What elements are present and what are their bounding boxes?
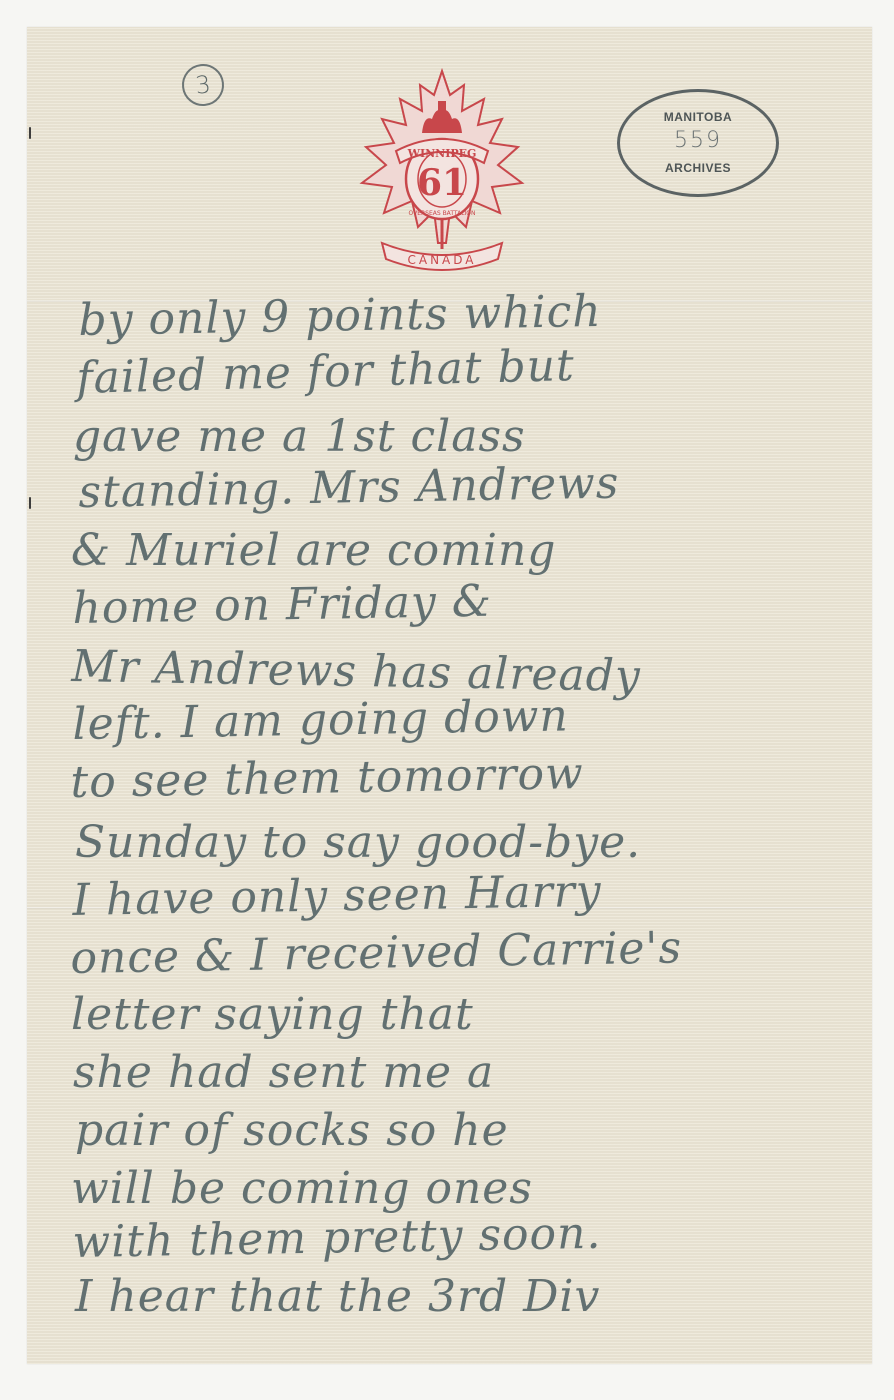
handwritten-line: I hear that the 3rd Div bbox=[75, 1271, 600, 1322]
handwritten-line: gave me a 1st class bbox=[73, 411, 526, 462]
crest-banner-text: CANADA bbox=[407, 253, 476, 267]
handwritten-line: pair of socks so he bbox=[75, 1105, 509, 1156]
stamp-bottom-text: ARCHIVES bbox=[620, 161, 776, 175]
handwritten-line: & Muriel are coming bbox=[71, 525, 556, 576]
crest-top-text: WINNIPEG bbox=[407, 147, 477, 160]
handwritten-line: left. I am going down bbox=[72, 690, 569, 750]
handwritten-line: standing. Mrs Andrews bbox=[78, 458, 620, 518]
handwritten-line: failed me for that but bbox=[76, 340, 576, 404]
letter-page: 3 WINNIPEG 61 OVERSEAS BATTALION CANADA … bbox=[27, 27, 872, 1364]
handwritten-line: to see them tomorrow bbox=[70, 748, 584, 808]
margin-mark bbox=[29, 127, 31, 139]
handwritten-line: once & I received Carrie's bbox=[70, 922, 682, 984]
page-number: 3 bbox=[180, 62, 226, 108]
handwritten-line: will be coming ones bbox=[71, 1163, 533, 1214]
stamp-top-text: MANITOBA bbox=[620, 110, 776, 124]
crest-number: 61 bbox=[417, 162, 467, 204]
archive-stamp: MANITOBA 559 ARCHIVES bbox=[617, 89, 779, 197]
stamp-number: 559 bbox=[620, 128, 776, 153]
handwritten-line: I have only seen Harry bbox=[72, 866, 602, 926]
crest-ring-text: OVERSEAS BATTALION bbox=[408, 210, 475, 217]
handwritten-line: letter saying that bbox=[71, 989, 474, 1040]
handwritten-line: by only 9 points which bbox=[78, 286, 602, 346]
handwritten-line: with them pretty soon. bbox=[72, 1208, 602, 1268]
handwritten-line: Sunday to say good-bye. bbox=[75, 817, 641, 868]
battalion-crest-icon: WINNIPEG 61 OVERSEAS BATTALION CANADA bbox=[352, 67, 532, 277]
margin-mark bbox=[29, 497, 31, 509]
handwritten-line: home on Friday & bbox=[72, 576, 492, 634]
handwritten-line: she had sent me a bbox=[73, 1047, 494, 1098]
